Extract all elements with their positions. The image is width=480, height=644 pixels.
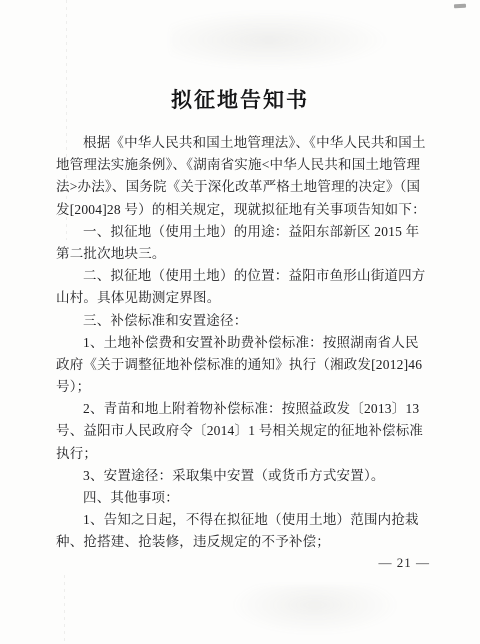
body-line: 法>办法》、国务院《关于深化改革严格土地管理的决定》（国 — [56, 176, 428, 198]
body-line: 第二批次地块三。 — [56, 243, 428, 265]
body-line: 三、补偿标准和安置途径： — [56, 310, 428, 332]
body-line: 种、抢搭建、抢装修，违反规定的不予补偿； — [56, 531, 428, 553]
scan-noise-vertical-line-bottom — [64, 575, 65, 644]
body-line: 一、拟征地（使用土地）的用途：益阳东部新区 2015 年 — [56, 221, 428, 243]
document-title: 拟征地告知书 — [0, 84, 480, 114]
body-line: 号、益阳市人民政府令〔2014〕1 号相关规定的征地补偿标准 — [56, 420, 428, 442]
body-line: 1、土地补偿费和安置补助费补偿标准：按照湖南省人民 — [56, 332, 428, 354]
body-line: 执行； — [56, 443, 428, 465]
body-line: 号）； — [56, 376, 428, 398]
page-number: — 21 — — [379, 555, 431, 571]
body-line: 根据《中华人民共和国土地管理法》、《中华人民共和国土 — [56, 132, 428, 154]
scanned-document-page: 拟征地告知书 根据《中华人民共和国土地管理法》、《中华人民共和国土 地管理法实施… — [0, 0, 480, 644]
body-line: 二、拟征地（使用土地）的位置：益阳市鱼形山街道四方 — [56, 265, 428, 287]
scan-artifact-corner-mark — [454, 4, 466, 9]
body-line: 3、安置途径：采取集中安置（或货币方式安置）。 — [56, 465, 428, 487]
body-line: 1、告知之日起，不得在拟征地（使用土地）范围内抢栽 — [56, 509, 428, 531]
scan-noise-bottom — [230, 585, 400, 635]
body-line: 四、其他事项： — [56, 487, 428, 509]
body-line: 山村。具体见勘测定界图。 — [56, 287, 428, 309]
body-line: 政府《关于调整征地补偿标准的通知》执行（湘政发[2012]46 — [56, 354, 428, 376]
scan-noise-top — [170, 10, 390, 70]
body-line: 地管理法实施条例》、《湖南省实施<中华人民共和国土地管理 — [56, 154, 428, 176]
document-body: 根据《中华人民共和国土地管理法》、《中华人民共和国土 地管理法实施条例》、《湖南… — [56, 132, 428, 554]
body-line: 2、青苗和地上附着物补偿标准：按照益政发〔2013〕13 — [56, 398, 428, 420]
body-line: 发[2004]28 号）的相关规定，现就拟征地有关事项告知如下： — [56, 199, 428, 221]
